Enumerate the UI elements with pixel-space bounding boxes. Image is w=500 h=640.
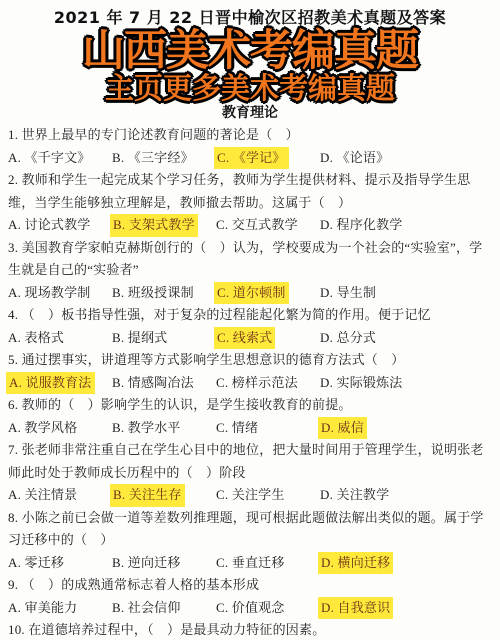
question-4-options: A. 表格式B. 提纲式C. 线索式D. 总分式 [8, 327, 492, 350]
question-1-option-c-answer-highlight: C. 《学记》 [216, 147, 320, 170]
question-3-stem: 3. 美国教育学家帕克赫斯创行的（ ）认为，学校要成为一个社会的“实验室”，学生… [8, 237, 492, 282]
question-5-options: A. 说服教育法B. 情感陶冶法C. 榜样示范法D. 实际锻炼法 [8, 372, 492, 395]
question-9-stem: 9. （ ）的成熟通常标志着人格的基本形成 [8, 574, 492, 597]
question-7-options: A. 关注情景B. 关注生存C. 关注学生D. 关注教学 [8, 484, 492, 507]
question-7-stem: 7. 张老师非常注重自己在学生心目中的地位，把大量时间用于管理学生，说明张老师此… [8, 439, 492, 484]
question-2-stem: 2. 教师和学生一起完成某个学习任务，教师为学生提供材料、提示及指导学生思维，当… [8, 169, 492, 214]
question-8-option-c: C. 垂直迁移 [216, 552, 320, 575]
question-3-option-b: B. 班级授课制 [112, 282, 216, 305]
question-5-stem: 5. 通过摆事实，讲道理等方式影响学生思想意识的德育方法式（ ） [8, 349, 492, 372]
question-6-option-a: A. 教学风格 [8, 417, 112, 440]
option-label: D. 关注教学 [320, 484, 389, 507]
option-label: B. 班级授课制 [112, 282, 194, 305]
option-label: A. 《千字文》 [8, 147, 91, 170]
question-3-option-c-answer-highlight: C. 道尔顿制 [216, 282, 320, 305]
option-label: C. 《学记》 [214, 147, 289, 170]
option-label: A. 教学风格 [8, 417, 77, 440]
doc-title: 2021 年 7 月 22 日晋中榆次区招教美术真题及答案 [0, 0, 500, 29]
question-6-options: A. 教学风格B. 教学水平C. 情绪D. 威信 [8, 417, 492, 440]
question-4-option-d: D. 总分式 [320, 327, 492, 350]
question-3-option-a: A. 现场教学制 [8, 282, 112, 305]
question-6-option-c: C. 情绪 [216, 417, 320, 440]
option-label: B. 逆向迁移 [112, 552, 181, 575]
question-9-option-a: A. 审美能力 [8, 597, 112, 620]
option-label: C. 垂直迁移 [216, 552, 285, 575]
option-label: C. 关注学生 [216, 484, 285, 507]
option-label: C. 价值观念 [216, 597, 285, 620]
question-7-option-a: A. 关注情景 [8, 484, 112, 507]
option-label: B. 提纲式 [112, 327, 167, 350]
question-5-option-a-answer-highlight: A. 说服教育法 [8, 372, 112, 395]
option-label: A. 讨论式教学 [8, 214, 91, 237]
option-label: D. 威信 [318, 417, 367, 440]
question-2-option-a: A. 讨论式教学 [8, 214, 112, 237]
option-label: D. 导生制 [320, 282, 376, 305]
option-label: C. 道尔顿制 [214, 282, 289, 305]
question-8-option-a: A. 零迁移 [8, 552, 112, 575]
question-1-options: A. 《千字文》B. 《三字经》C. 《学记》D. 《论语》 [8, 147, 492, 170]
question-4-option-a: A. 表格式 [8, 327, 112, 350]
option-label: C. 线索式 [214, 327, 275, 350]
question-6-option-d-answer-highlight: D. 威信 [320, 417, 492, 440]
question-6: 6. 教师的（ ）影响学生的认识，是学生接收教育的前提。A. 教学风格B. 教学… [8, 394, 492, 439]
option-label: D. 《论语》 [320, 147, 389, 170]
question-8-stem: 8. 小陈之前已会做一道等差数列推理题，现可根据此题做法解出类似的题。属于学习迁… [8, 507, 492, 552]
question-3-options: A. 现场教学制B. 班级授课制C. 道尔顿制D. 导生制 [8, 282, 492, 305]
option-label: B. 教学水平 [112, 417, 181, 440]
option-label: C. 交互式教学 [216, 214, 298, 237]
question-5: 5. 通过摆事实，讲道理等方式影响学生思想意识的德育方法式（ ）A. 说服教育法… [8, 349, 492, 394]
option-label: C. 情绪 [216, 417, 258, 440]
question-5-option-b: B. 情感陶冶法 [112, 372, 216, 395]
option-label: B. 支架式教学 [110, 214, 198, 237]
question-8-option-b: B. 逆向迁移 [112, 552, 216, 575]
question-9-option-d-answer-highlight: D. 自我意识 [320, 597, 492, 620]
option-label: C. 榜样示范法 [216, 372, 298, 395]
question-1-option-b: B. 《三字经》 [112, 147, 216, 170]
option-label: B. 情感陶冶法 [112, 372, 194, 395]
question-1: 1. 世界上最早的专门论述教育问题的著论是（ ）A. 《千字文》B. 《三字经》… [8, 124, 492, 169]
question-7-option-b-answer-highlight: B. 关注生存 [112, 484, 216, 507]
option-label: A. 零迁移 [8, 552, 64, 575]
option-label: B. 社会信仰 [112, 597, 181, 620]
banner-subtitle: 主页更多美术考编真题 [0, 75, 500, 102]
question-2-option-b-answer-highlight: B. 支架式教学 [112, 214, 216, 237]
option-label: D. 总分式 [320, 327, 376, 350]
question-4: 4. （ ）板书指导性强，对于复杂的过程能起化繁为简的作用。便于记忆A. 表格式… [8, 304, 492, 349]
questions-list: 1. 世界上最早的专门论述教育问题的著论是（ ）A. 《千字文》B. 《三字经》… [0, 124, 500, 640]
question-1-stem: 1. 世界上最早的专门论述教育问题的著论是（ ） [8, 124, 492, 147]
question-3: 3. 美国教育学家帕克赫斯创行的（ ）认为，学校要成为一个社会的“实验室”，学生… [8, 237, 492, 305]
option-label: A. 现场教学制 [8, 282, 91, 305]
question-8-options: A. 零迁移B. 逆向迁移C. 垂直迁移D. 横向迁移 [8, 552, 492, 575]
option-label: D. 自我意识 [318, 597, 393, 620]
option-label: A. 说服教育法 [6, 372, 95, 395]
option-label: D. 实际锻炼法 [320, 372, 403, 395]
banner-title: 山西美术考编真题 [0, 29, 500, 73]
question-2: 2. 教师和学生一起完成某个学习任务，教师为学生提供材料、提示及指导学生思维，当… [8, 169, 492, 237]
question-9-options: A. 审美能力B. 社会信仰C. 价值观念D. 自我意识 [8, 597, 492, 620]
question-10: 10. 在道德培养过程中，（ ）是最具动力特征的因素。 [8, 619, 492, 640]
question-6-option-b: B. 教学水平 [112, 417, 216, 440]
question-5-option-c: C. 榜样示范法 [216, 372, 320, 395]
question-7-option-d: D. 关注教学 [320, 484, 492, 507]
question-4-option-b: B. 提纲式 [112, 327, 216, 350]
question-9-option-b: B. 社会信仰 [112, 597, 216, 620]
section-title: 教育理论 [0, 106, 500, 122]
question-6-stem: 6. 教师的（ ）影响学生的认识，是学生接收教育的前提。 [8, 394, 492, 417]
question-2-option-c: C. 交互式教学 [216, 214, 320, 237]
question-9: 9. （ ）的成熟通常标志着人格的基本形成A. 审美能力B. 社会信仰C. 价值… [8, 574, 492, 619]
question-2-options: A. 讨论式教学B. 支架式教学C. 交互式教学D. 程序化教学 [8, 214, 492, 237]
question-7-option-c: C. 关注学生 [216, 484, 320, 507]
option-label: A. 审美能力 [8, 597, 77, 620]
question-10-stem: 10. 在道德培养过程中，（ ）是最具动力特征的因素。 [8, 619, 492, 640]
option-label: A. 关注情景 [8, 484, 77, 507]
question-4-option-c-answer-highlight: C. 线索式 [216, 327, 320, 350]
option-label: D. 程序化教学 [320, 214, 403, 237]
question-8: 8. 小陈之前已会做一道等差数列推理题，现可根据此题做法解出类似的题。属于学习迁… [8, 507, 492, 575]
option-label: D. 横向迁移 [318, 552, 393, 575]
question-1-option-d: D. 《论语》 [320, 147, 492, 170]
question-2-option-d: D. 程序化教学 [320, 214, 492, 237]
question-1-option-a: A. 《千字文》 [8, 147, 112, 170]
option-label: A. 表格式 [8, 327, 64, 350]
option-label: B. 关注生存 [110, 484, 185, 507]
question-5-option-d: D. 实际锻炼法 [320, 372, 492, 395]
question-9-option-c: C. 价值观念 [216, 597, 320, 620]
question-8-option-d-answer-highlight: D. 横向迁移 [320, 552, 492, 575]
question-4-stem: 4. （ ）板书指导性强，对于复杂的过程能起化繁为简的作用。便于记忆 [8, 304, 492, 327]
question-3-option-d: D. 导生制 [320, 282, 492, 305]
question-7: 7. 张老师非常注重自己在学生心目中的地位，把大量时间用于管理学生，说明张老师此… [8, 439, 492, 507]
option-label: B. 《三字经》 [112, 147, 194, 170]
